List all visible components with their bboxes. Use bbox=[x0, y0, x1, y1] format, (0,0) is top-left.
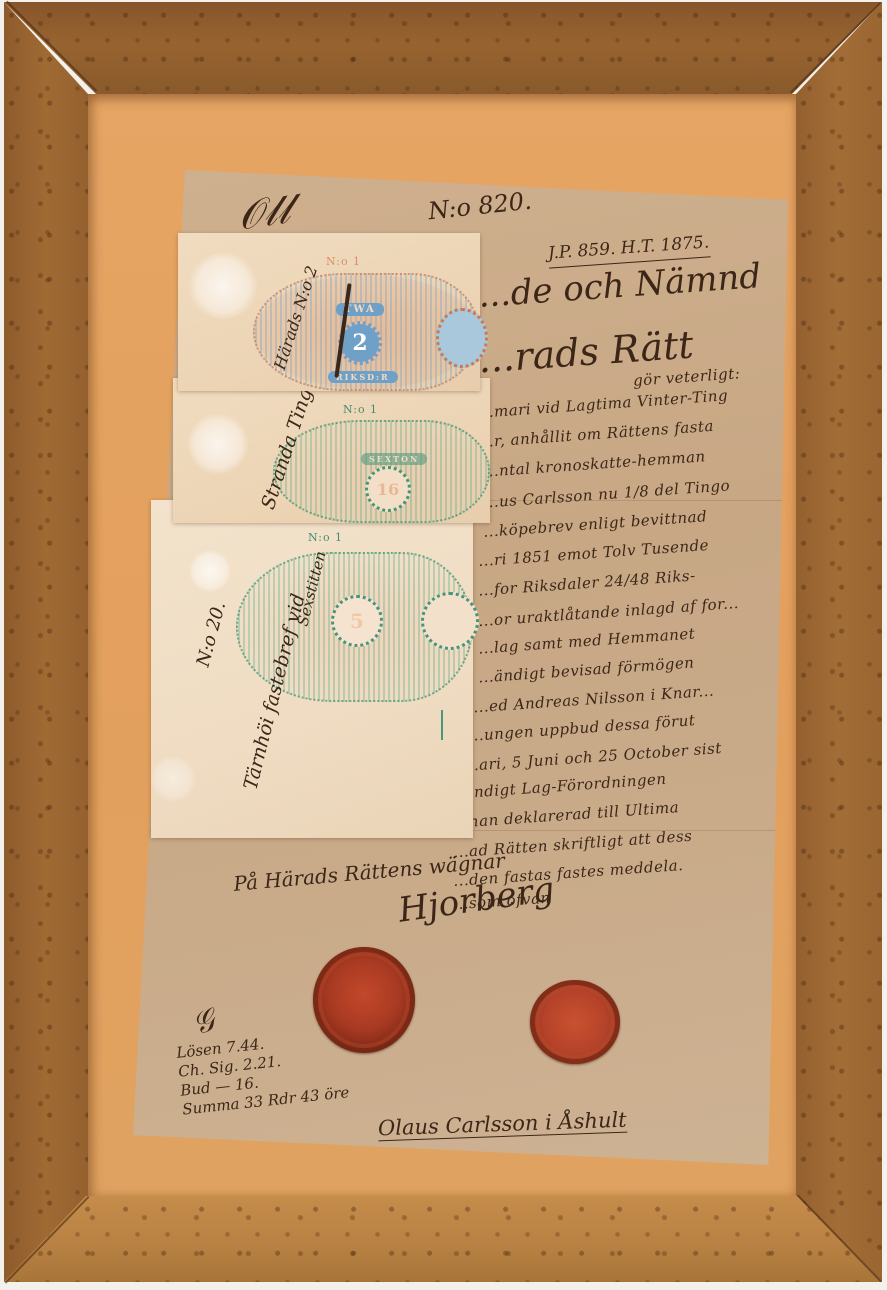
revenue-stamp-2: N:o 1 TWA 2 RIKSD:R Härads N:o 2 bbox=[178, 233, 480, 391]
stamp-banner: SEXTON bbox=[361, 453, 427, 465]
stamp-medallion bbox=[421, 592, 479, 650]
stamp-denomination: 5 bbox=[331, 595, 383, 647]
body-line: ...mari vid Lagtima Vinter-Ting bbox=[478, 386, 729, 421]
stamp-number: N:o 1 bbox=[326, 255, 361, 268]
body-line: ...us Carlsson nu 1/8 del Tingo bbox=[483, 476, 731, 511]
document-initial-flourish: 𝒪𝓁𝓁 bbox=[235, 187, 293, 240]
body-line: ...for Riksdaler 24/48 Riks- bbox=[478, 566, 697, 599]
embossed-mark bbox=[151, 755, 195, 803]
stamp-number: N:o 1 bbox=[343, 403, 378, 416]
document-number: N:o 820. bbox=[427, 187, 533, 226]
body-line: ...ungen uppbud dessa förut bbox=[468, 711, 696, 745]
embossed-mark bbox=[189, 550, 231, 592]
frame-rail-bottom bbox=[4, 1196, 882, 1282]
body-line: ...ndigt Lag-Förordningen bbox=[458, 770, 667, 803]
embossed-mark bbox=[188, 253, 258, 319]
stamp-number: N:o 1 bbox=[308, 531, 343, 544]
body-line: ...lag samt med Hemmanet bbox=[478, 624, 696, 657]
body-line: ...ari, 5 Juni och 25 October sist bbox=[463, 739, 723, 775]
fee-list: Lösen 7.44. Ch. Sig. 2.21. Bud — 16. Sum… bbox=[175, 1026, 350, 1119]
document-title-line-1: ...de och Nämnd bbox=[477, 256, 762, 316]
stamp-medallion bbox=[436, 308, 488, 368]
body-line: ...ntal kronoskatte-hemman bbox=[483, 447, 707, 480]
stamp-handwriting: N:o 20. bbox=[193, 599, 230, 669]
frame-rail-right bbox=[796, 2, 882, 1282]
witness-signature: Olaus Carlsson i Åshult bbox=[378, 1108, 627, 1142]
body-line: ...r, anhållit om Rättens fasta bbox=[478, 417, 715, 451]
body-line: ...or uraktlåtande inlagd af for... bbox=[478, 594, 740, 630]
stamp-denomination: 16 bbox=[365, 466, 411, 512]
fee-flourish: 𝒢 bbox=[188, 1002, 220, 1042]
revenue-stamp-16: N:o 1 SEXTON 16 Stranda Ting bbox=[173, 378, 490, 523]
revenue-stamp-5: N:o 1 5 N:o 20. Tärnhöi fastebref vid Se… bbox=[151, 500, 473, 838]
frame-rail-left bbox=[4, 2, 88, 1282]
wax-seal-right bbox=[530, 980, 620, 1064]
framed-document-photo: 𝒪𝓁𝓁 N:o 820. J.P. 859. H.T. 1875. ...de … bbox=[0, 0, 887, 1290]
embossed-mark bbox=[188, 413, 248, 475]
frame-rail-top bbox=[4, 2, 882, 94]
body-line: ...ri 1851 emot Tolv Tusende bbox=[478, 536, 710, 570]
stamp-border-line bbox=[441, 710, 443, 740]
body-line: ...han deklarerad till Ultima bbox=[453, 798, 680, 832]
body-line: ...ändigt bevisad förmögen bbox=[478, 653, 695, 686]
body-line: ...köpebrev enligt bevittnad bbox=[483, 507, 708, 541]
